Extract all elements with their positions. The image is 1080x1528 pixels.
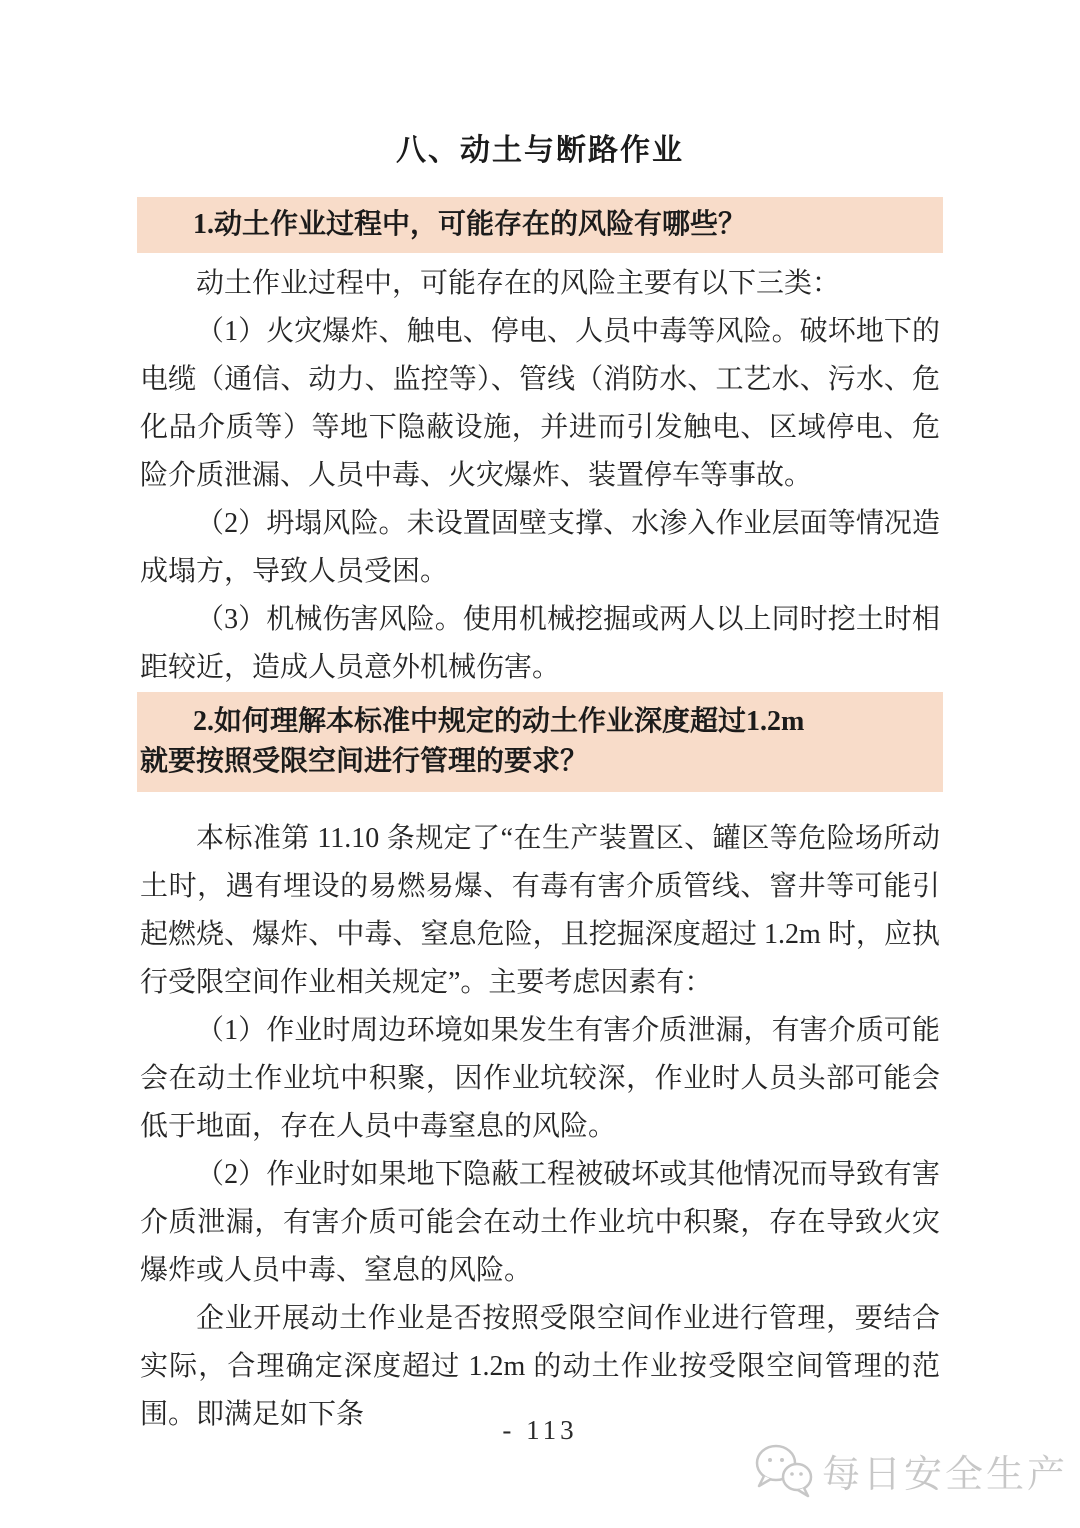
question-2-heading-line2: 就要按照受限空间进行管理的要求？ <box>137 742 943 782</box>
paragraph: 本标准第 11.10 条规定了“在生产装置区、罐区等危险场所动土时，遇有埋设的易… <box>140 815 940 1007</box>
question-2-heading-line1: 2.如何理解本标准中规定的动土作业深度超过1.2m <box>137 702 943 742</box>
question-1-heading: 1.动土作业过程中，可能存在的风险有哪些？ <box>137 197 943 253</box>
page-title: 八、动土与断路作业 <box>0 0 1080 171</box>
paragraph: （1）火灾爆炸、触电、停电、人员中毒等风险。破坏地下的电缆（通信、动力、监控等）… <box>140 308 940 500</box>
paragraph: （2）坍塌风险。未设置固壁支撑、水渗入作业层面等情况造成塌方，导致人员受困。 <box>140 500 940 596</box>
watermark: 每日安全生产 <box>752 1441 1068 1499</box>
wechat-chat-bubbles-icon <box>752 1441 816 1499</box>
paragraph: 动土作业过程中，可能存在的风险主要有以下三类： <box>140 260 940 308</box>
watermark-text: 每日安全生产 <box>822 1443 1068 1498</box>
paragraph: （3）机械伤害风险。使用机械挖掘或两人以上同时挖土时相距较近，造成人员意外机械伤… <box>140 596 940 692</box>
question-2-heading: 2.如何理解本标准中规定的动土作业深度超过1.2m 就要按照受限空间进行管理的要… <box>137 692 943 792</box>
paragraph: （2）作业时如果地下隐蔽工程被破坏或其他情况而导致有害介质泄漏，有害介质可能会在… <box>140 1151 940 1295</box>
paragraph: （1）作业时周边环境如果发生有害介质泄漏，有害介质可能会在动土作业坑中积聚，因作… <box>140 1007 940 1151</box>
section-2-body: 本标准第 11.10 条规定了“在生产装置区、罐区等危险场所动土时，遇有埋设的易… <box>140 815 940 1439</box>
section-1-body: 动土作业过程中，可能存在的风险主要有以下三类： （1）火灾爆炸、触电、停电、人员… <box>140 260 940 692</box>
document-page: 八、动土与断路作业 1.动土作业过程中，可能存在的风险有哪些？ 动土作业过程中，… <box>0 0 1080 1528</box>
